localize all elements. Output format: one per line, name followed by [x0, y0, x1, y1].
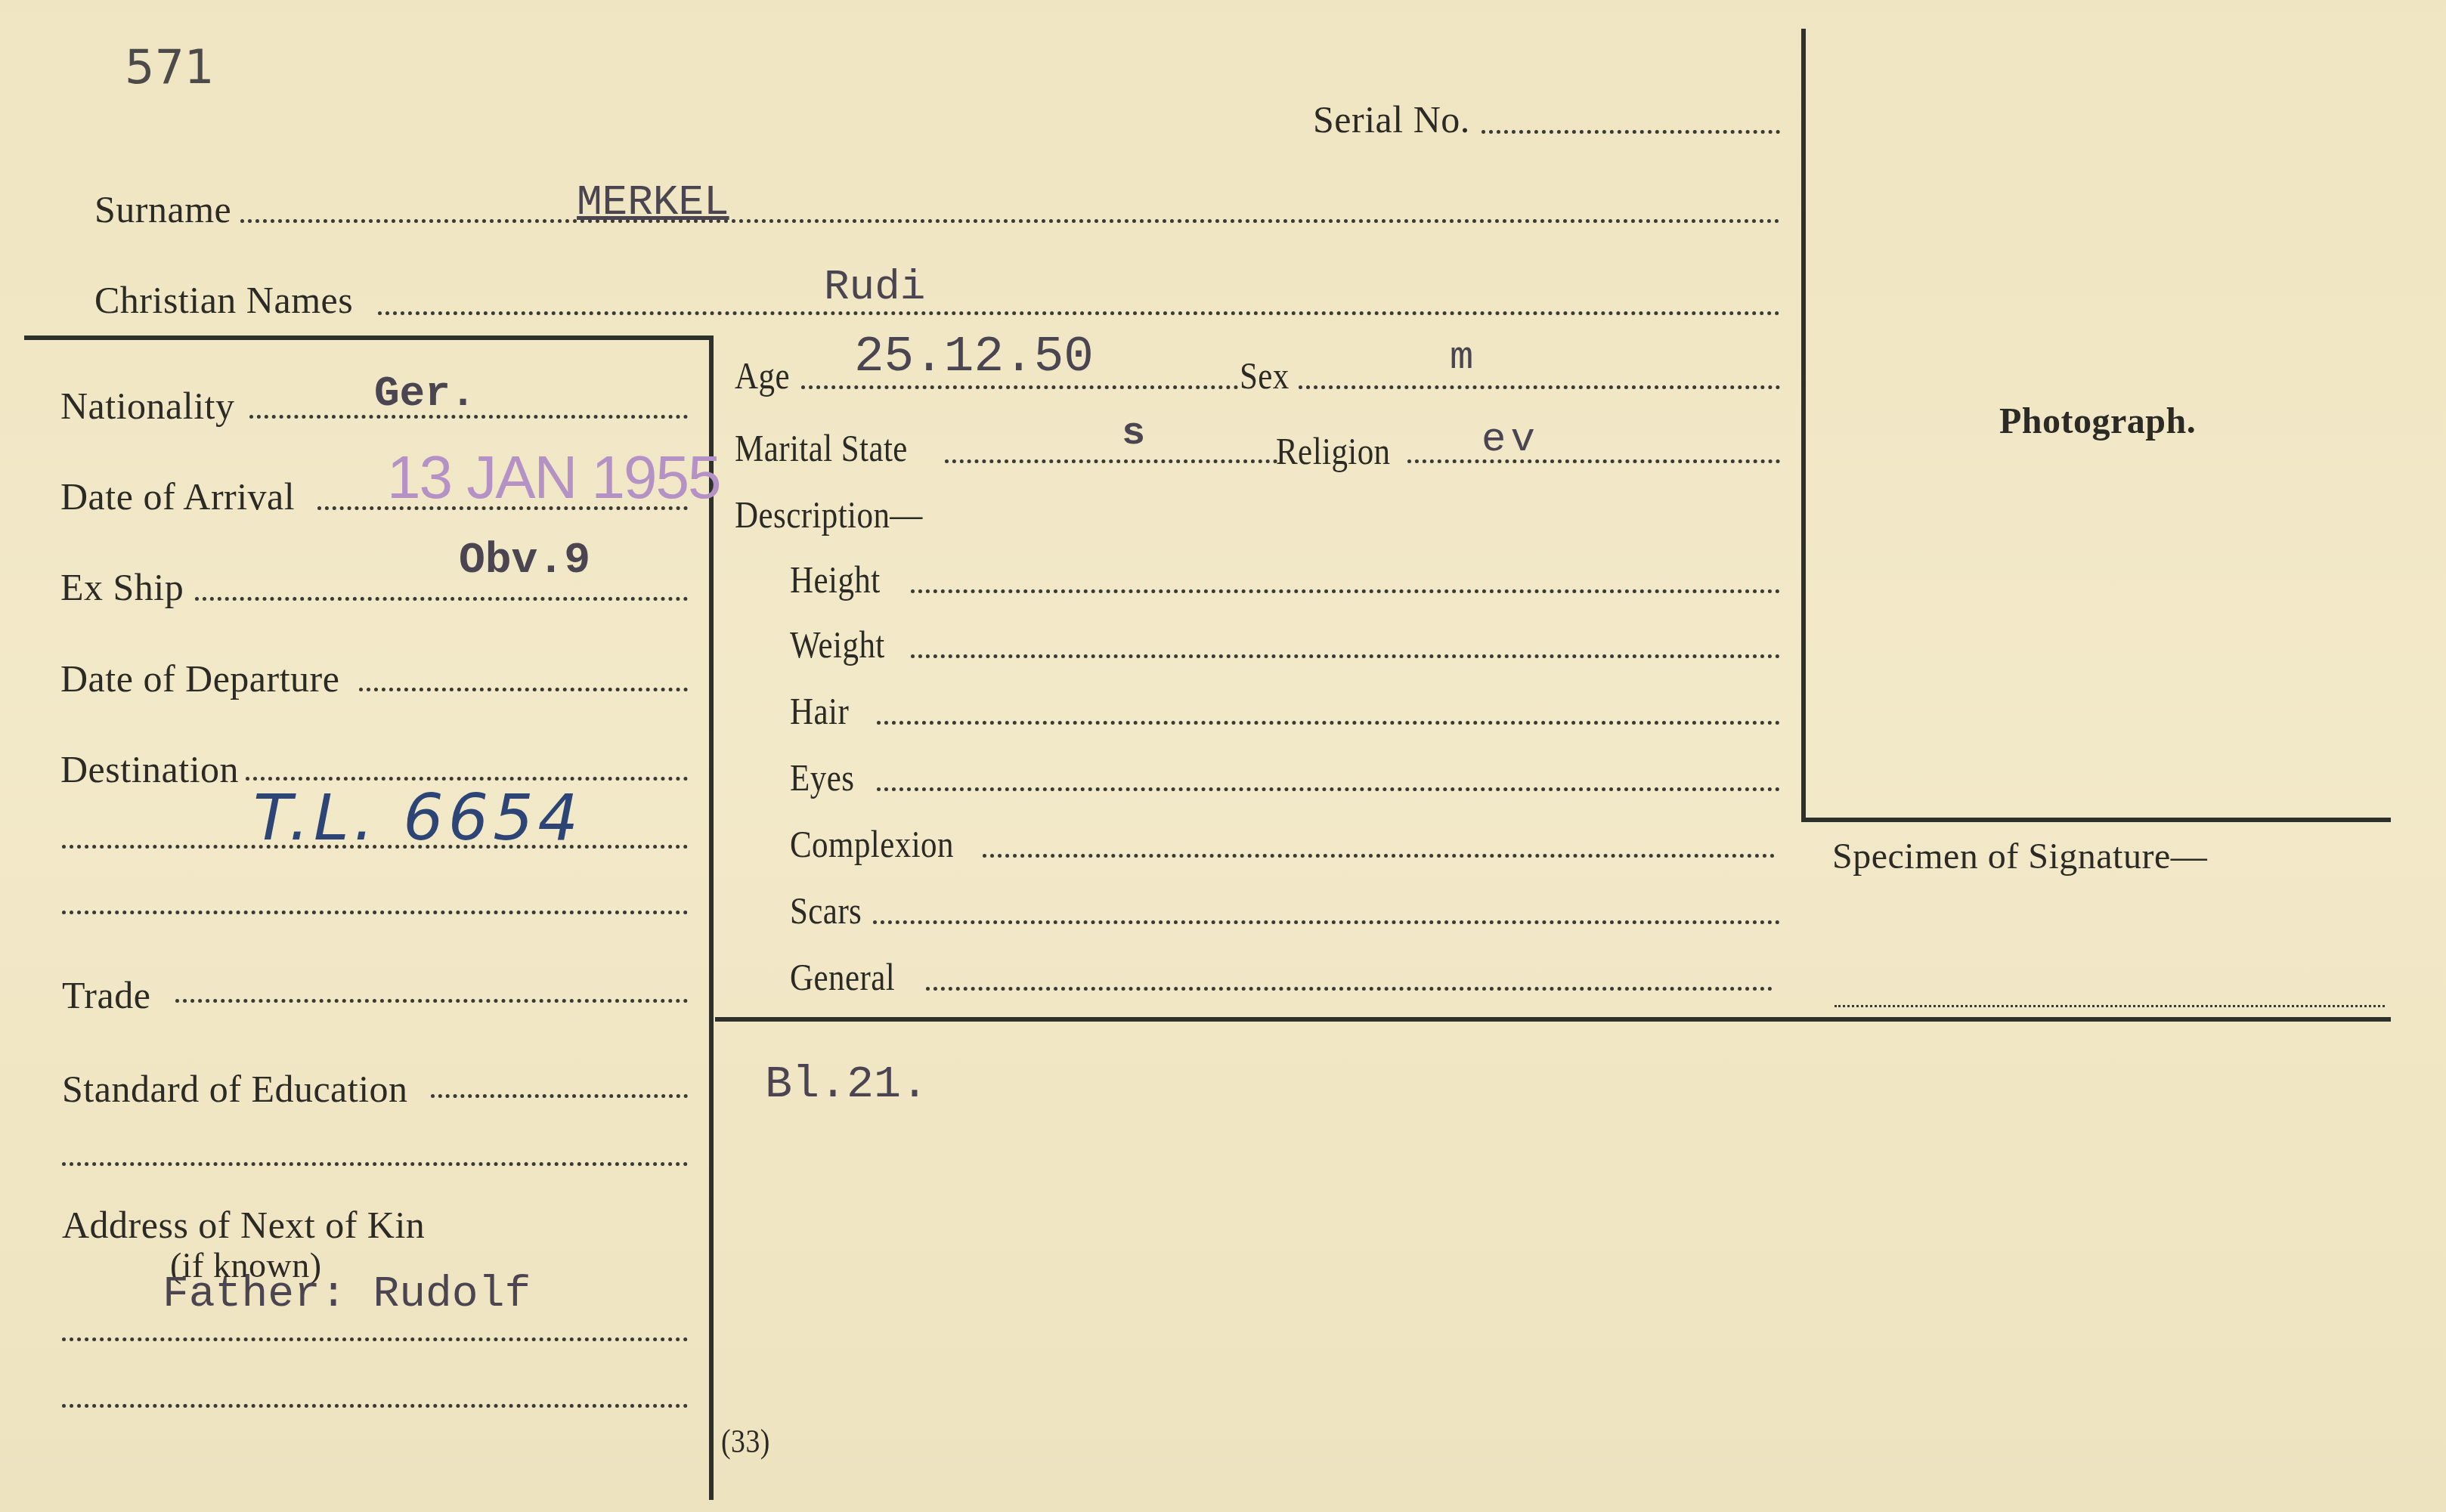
photograph-area [1808, 30, 2390, 816]
next-of-kin-value: Father: Rudolf [163, 1273, 531, 1317]
description-heading: Description— [735, 496, 923, 533]
general-label: General [790, 958, 895, 996]
form-code: (33) [721, 1425, 770, 1458]
nationality-label: Nationality [60, 387, 234, 425]
religion-label: Religion [1276, 432, 1391, 470]
nationality-value: Ger. [374, 373, 475, 415]
scars-label: Scars [790, 892, 862, 929]
next-of-kin-field[interactable] [62, 1337, 688, 1341]
complexion-field[interactable] [983, 854, 1775, 858]
next-of-kin-label: Address of Next of Kin [62, 1206, 425, 1244]
trade-field[interactable] [175, 999, 688, 1003]
signature-field[interactable] [1834, 1005, 2385, 1007]
trade-label: Trade [62, 976, 150, 1014]
christian-names-field[interactable] [378, 311, 1780, 315]
christian-names-label: Christian Names [94, 281, 353, 319]
marital-state-value: s [1122, 414, 1145, 453]
standard-of-education-field-line-2[interactable] [62, 1162, 688, 1166]
divider-photo-vertical [1801, 29, 1806, 821]
signature-label: Specimen of Signature— [1832, 839, 2207, 875]
surname-field[interactable] [240, 219, 1780, 223]
ex-ship-label: Ex Ship [60, 568, 184, 606]
scars-field[interactable] [873, 920, 1780, 924]
age-value: 25.12.50 [854, 332, 1094, 382]
marital-state-field[interactable] [945, 459, 1277, 463]
surname-value: MERKEL [577, 181, 729, 224]
eyes-label: Eyes [790, 759, 854, 796]
date-of-departure-label: Date of Departure [60, 660, 339, 697]
height-label: Height [790, 561, 881, 598]
destination-label: Destination [60, 750, 239, 788]
serial-no-field[interactable] [1482, 130, 1780, 134]
serial-no-label: Serial No. [1313, 100, 1470, 138]
date-of-departure-field[interactable] [359, 688, 688, 691]
height-field[interactable] [911, 589, 1780, 593]
christian-names-value: Rudi [824, 266, 925, 308]
complexion-label: Complexion [790, 825, 954, 863]
surname-label: Surname [94, 190, 231, 228]
hair-field[interactable] [877, 721, 1780, 725]
sex-label: Sex [1240, 357, 1290, 394]
religion-field[interactable] [1407, 459, 1780, 463]
remarks-value: Bl.21. [765, 1062, 928, 1108]
divider-photo-bottom [1801, 818, 2391, 822]
card-number: 571 [125, 44, 214, 91]
general-field[interactable] [926, 987, 1773, 991]
ex-ship-value: Obv.9 [459, 540, 590, 583]
sex-value: m [1450, 339, 1473, 378]
registration-card: 571 Serial No. Surname MERKEL Christian … [0, 0, 2446, 1512]
next-of-kin-field-line-2[interactable] [62, 1404, 688, 1408]
eyes-field[interactable] [877, 787, 1780, 791]
divider-top-left [24, 335, 714, 340]
standard-of-education-label: Standard of Education [62, 1070, 408, 1108]
sex-field[interactable] [1299, 385, 1780, 389]
marital-state-label: Marital State [735, 429, 908, 467]
standard-of-education-field[interactable] [431, 1094, 688, 1098]
weight-field[interactable] [911, 654, 1780, 658]
arrival-date-stamp: 13 JAN 1955 [387, 447, 720, 508]
destination-field-line-2[interactable] [62, 845, 688, 849]
divider-bottom [715, 1017, 2391, 1022]
weight-label: Weight [790, 626, 885, 663]
destination-value: T.L. 6654 [253, 786, 583, 849]
religion-value: ev [1482, 420, 1540, 461]
age-field[interactable] [801, 385, 1238, 389]
age-label: Age [735, 357, 790, 394]
ex-ship-field[interactable] [195, 597, 688, 601]
destination-field-line-3[interactable] [62, 911, 688, 914]
hair-label: Hair [790, 692, 849, 730]
date-of-arrival-label: Date of Arrival [60, 478, 295, 515]
